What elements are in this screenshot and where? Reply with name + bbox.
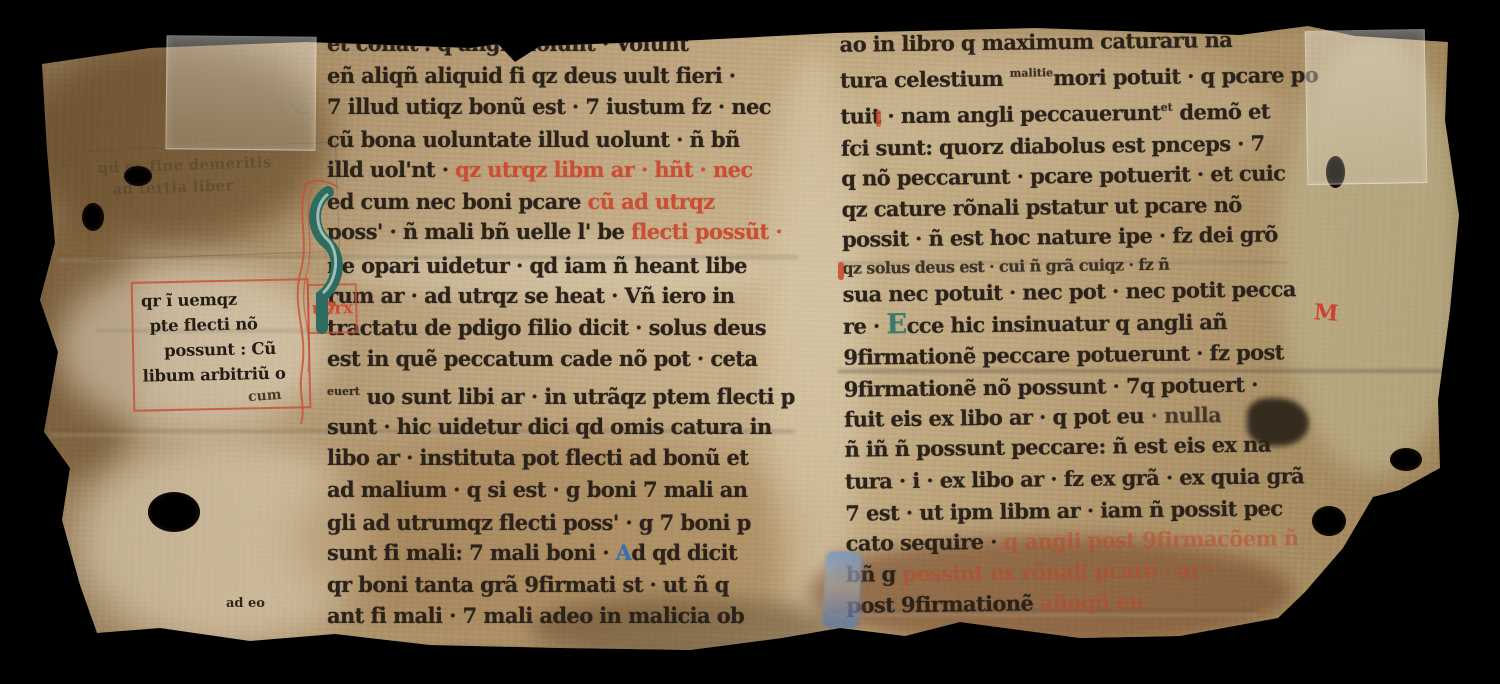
ink-text: ñ iñ ñ possunt peccare: ñ est eis ex na [844,432,1271,462]
rubric-text: qz utrqz libm ar · hñt · nec [455,157,752,182]
ink-text: ad malium · q si est · g boni 7 mali an [327,477,747,502]
text-line: ad malium · q si est · g boni 7 mali an [327,474,797,506]
gloss-line: possunt : Cũ [164,335,300,363]
rubric-text: alioqñ eu [1040,589,1144,615]
ink-text: sua nec potuit · nec pot · nec potit pec… [842,276,1295,307]
ink-text: malitie [1010,66,1054,80]
ink-text: re · [843,313,887,339]
text-line: sunt fi mali: 7 mali boni · Ad qd dicit [327,537,797,569]
ink-text: qr boni tanta grã 9firmati st · ut ñ q [327,572,729,597]
right-margin-red-mark: M [1313,299,1339,327]
text-line: rum ar · ad utrqz se heat · Vñ iero in [327,280,797,312]
ink-text: cũ bona uoluntate illud uolunt · ñ bñ [327,127,740,152]
rubric-text: possint ex rõnali pcare · ar · [902,557,1214,586]
text-line: ne opari uidetur · qd iam ñ heant libe [327,250,797,282]
ink-text: gli ad utrumqz flecti poss' · g 7 boni p [327,510,751,535]
text-line: eñ aliqñ aliquid fi qz deus uult fieri · [327,60,797,92]
ink-text: qz cature rõnali pstatur ut pcare nõ [841,192,1241,222]
tape-top-right [1305,29,1428,185]
ink-text: poss' · ñ mali bñ uelle l' be [327,219,631,244]
ink-text: mori potuit · q pcare po [1053,62,1318,90]
ink-text: uo sunt libi ar · in utrãqz ptem flecti … [360,384,795,409]
ink-text: ne opari uidetur · qd iam ñ heant libe [327,253,747,278]
text-line: poss' · ñ mali bñ uelle l' be flecti pos… [327,216,797,248]
ink-text: tura celestium [840,66,1010,93]
text-line: ant fi mali · 7 mali adeo in malicia ob [327,600,797,632]
ink-text: E [886,308,907,340]
text-line: qr boni tanta grã 9firmati st · ut ñ q [327,569,797,601]
ink-text: rum ar · ad utrqz se heat · Vñ iero in [327,283,734,308]
ink-text: et [1160,101,1172,114]
text-line: libo ar · instituta pot flecti ad bonũ e… [327,442,797,474]
ink-text: 9firmationẽ peccare potuerunt · fz post [843,339,1284,369]
gloss-line: qr ĩ uemqz [141,285,299,313]
damaged-blue-initial [822,551,862,629]
manuscript-photo: et collat'. q angli uolunt · Volunteñ al… [0,0,1500,684]
rubric-text: flecti possũt · [631,219,782,244]
decorated-initial-S: S [290,176,352,428]
ink-text: tura · i · ex libo ar · fz ex grã · ex q… [845,463,1304,494]
ink-text: A [616,540,632,565]
bottom-left-note: ad eo [226,596,265,611]
ink-text: ao in libro q maximum caturaru na [839,27,1232,57]
text-line: tuit · nam angli peccaueruntet demõ et [840,90,1295,132]
ink-text: ed cum nec boni pcare [327,189,588,214]
text-line: illd uol'nt · qz utrqz libm ar · hñt · n… [327,154,797,186]
text-line: ñ iñ ñ possunt peccare: ñ est eis ex na [844,428,1299,465]
ink-text: eñ aliqñ aliquid fi qz deus uult fieri · [327,63,736,88]
red-stroke-mark [876,110,881,127]
text-line: et collat'. q angli uolunt · Volunt [327,28,797,60]
ink-text: 7 est · ut ipm libm ar · iam ñ possit pe… [845,495,1283,525]
text-line: gli ad utrumqz flecti poss' · g 7 boni p [327,507,797,539]
text-column-left: et collat'. q angli uolunt · Volunteñ al… [327,28,797,632]
ink-text: est in quẽ peccatum cade nõ pot · ceta [327,346,757,371]
tape-top-left [165,35,316,151]
ink-text: fuit eis ex libo ar · q pot eu [844,403,1144,432]
text-line: est in quẽ peccatum cade nõ pot · ceta [327,343,797,375]
text-line: euert uo sunt libi ar · in utrãqz ptem f… [327,376,797,413]
ink-text: cce hic insinuatur q angli añ [906,309,1227,338]
ink-text: possit · ñ est hoc nature ipe · fz dei g… [842,221,1278,251]
ink-text: sunt fi mali: 7 mali boni · [327,540,616,565]
gloss-line: pte flecti nõ [149,310,299,338]
ink-text: libo ar · instituta pot flecti ad bonũ e… [327,445,748,470]
ink-text: post 9firmationẽ [846,590,1040,617]
ink-text: qz solus deus est · cui ñ grã cuiqz · fz… [842,255,1169,278]
ink-text: d qd dicit [631,540,737,565]
ink-text: cato sequire · [846,529,1004,556]
text-line: tractatu de pdigo filio dicit · solus de… [327,312,797,344]
ink-text: · nulla [1144,402,1222,428]
text-line: 9firmationẽ nõ possunt · 7q potuert · [844,368,1299,405]
ink-text: tractatu de pdigo filio dicit · solus de… [327,315,766,340]
text-line: 7 illud utiqz bonũ est · 7 iustum fz · n… [327,91,797,123]
text-line: tura · i · ex libo ar · fz ex grã · ex q… [845,460,1300,497]
gloss-below-word: cum [247,387,282,405]
ink-text: fci sunt: quorz diabolus est pnceps · 7 [841,131,1265,161]
initial-s-drawing [290,176,352,428]
faint-note-line: qd ex fine demeritis [97,151,325,177]
ink-text: q nõ peccarunt · pcare potuerit · et cui… [841,160,1285,190]
ink-text: demõ et [1173,99,1270,125]
ink-text: 7 illud utiqz bonũ est · 7 iustum fz · n… [327,94,771,119]
text-line: 7 est · ut ipm libm ar · iam ñ possit pe… [845,492,1300,529]
ink-text: 9firmationẽ nõ possunt · 7q potuert · [844,372,1258,402]
ink-text: et collat'. q angli uolunt · Volunt [327,31,688,56]
text-line: tura celestium malitiemori potuit · q pc… [840,54,1295,96]
text-line: sunt · hic uidetur dici qd omis catura i… [327,411,797,443]
red-boxed-gloss: qr ĩ uemqz pte flecti nõ possunt : Cũ li… [131,278,312,412]
ink-text: ant fi mali · 7 mali adeo in malicia ob [327,603,744,628]
text-line: ed cum nec boni pcare cũ ad utrqz [327,186,797,218]
ink-text: sunt · hic uidetur dici qd omis catura i… [327,414,772,439]
text-line: cũ bona uoluntate illud uolunt · ñ bñ [327,124,797,156]
text-line: possit · ñ est hoc nature ipe · fz dei g… [842,218,1297,255]
rubric-text: q angli post 9firmacõem ñ [1003,525,1298,554]
text-line: post 9firmationẽ alioqñ eu [846,584,1301,621]
ink-text: tuit · nam angli peccauerunt [840,100,1160,129]
red-paraph-mark [838,262,844,280]
rubric-text: cũ ad utrqz [588,189,715,214]
text-line: 9firmationẽ peccare potuerunt · fz post [843,336,1298,373]
text-column-right: ao in libro q maximum caturaru natura ce… [839,23,1301,621]
text-line: fci sunt: quorz diabolus est pnceps · 7 [841,127,1296,164]
gloss-line: libum arbitriũ o [142,360,300,388]
